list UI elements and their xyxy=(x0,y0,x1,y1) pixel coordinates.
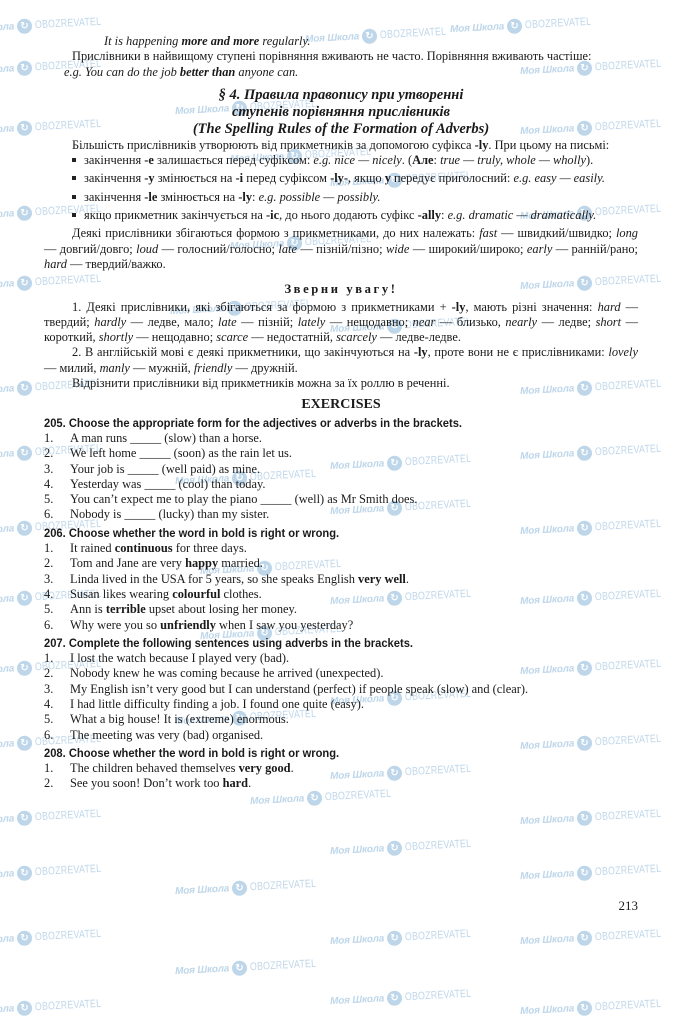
watermark: Моя Школа↻OBOZREVATEL xyxy=(330,986,489,1010)
line-number: 6. xyxy=(44,728,70,743)
arrow-circle-icon: ↻ xyxy=(387,931,403,947)
same-form-paragraph: Деякі прислівники збігаються формою з пр… xyxy=(44,226,638,272)
line-number: 2. xyxy=(44,666,70,681)
watermark: Моя Школа↻OBOZREVATEL xyxy=(330,926,489,950)
arrow-circle-icon: ↻ xyxy=(577,866,593,882)
line-number: 4. xyxy=(44,697,70,712)
spelling-rule-item: закінчення -le змінюється на -ly: e.g. p… xyxy=(72,190,638,205)
exercise-line: 4.Yesterday was _____ (cool) than today. xyxy=(44,477,638,492)
arrow-circle-icon: ↻ xyxy=(17,591,33,607)
line-text: I had little difficulty finding a job. I… xyxy=(70,697,364,712)
watermark: Моя Школа↻OBOZREVATEL xyxy=(0,861,118,885)
exercise-line: 2.Nobody knew he was coming because he a… xyxy=(44,666,638,681)
arrow-circle-icon: ↻ xyxy=(17,931,33,947)
line-number: 1. xyxy=(44,761,70,776)
line-number: 5. xyxy=(44,492,70,507)
line-text: You can’t expect me to play the piano __… xyxy=(70,492,417,507)
arrow-circle-icon: ↻ xyxy=(17,661,33,677)
exercise-line: 6.The meeting was very (bad) organised. xyxy=(44,728,638,743)
exercise-line: 1.The children behaved themselves very g… xyxy=(44,761,638,776)
arrow-circle-icon: ↻ xyxy=(507,19,523,35)
exercise-line: 5.What a big house! It is (extreme) enor… xyxy=(44,712,638,727)
line-text: Nobody is _____ (lucky) than my sister. xyxy=(70,507,269,522)
watermark: Моя Школа↻OBOZREVATEL xyxy=(520,806,679,830)
arrow-circle-icon: ↻ xyxy=(387,841,403,857)
line-text: Susan likes wearing colourful clothes. xyxy=(70,587,262,602)
exercise-line: 1.It rained continuous for three days. xyxy=(44,541,638,556)
line-number: 5. xyxy=(44,602,70,617)
arrow-circle-icon: ↻ xyxy=(577,811,593,827)
watermark: Моя Школа↻OBOZREVATEL xyxy=(330,836,489,860)
exercise-line: 3.Your job is _____ (well paid) as mine. xyxy=(44,462,638,477)
watermark: Моя Школа↻OBOZREVATEL xyxy=(175,876,334,900)
page-content: It is happening more and more regularly.… xyxy=(44,34,638,792)
arrow-circle-icon: ↻ xyxy=(17,381,33,397)
watermark: Моя Школа↻OBOZREVATEL xyxy=(520,861,679,885)
arrow-circle-icon: ↻ xyxy=(387,991,403,1007)
arrow-circle-icon: ↻ xyxy=(17,121,33,137)
line-text: The children behaved themselves very goo… xyxy=(70,761,294,776)
exercise-line: 4.I had little difficulty finding a job.… xyxy=(44,697,638,712)
exercise-heading: 205. Choose the appropriate form for the… xyxy=(44,416,596,431)
exercise-heading: 206. Choose whether the word in bold is … xyxy=(44,526,596,541)
arrow-circle-icon: ↻ xyxy=(17,19,33,35)
line-text: It rained continuous for three days. xyxy=(70,541,247,556)
exercise-line: 2.See you soon! Don’t work too hard. xyxy=(44,776,638,791)
notice-paragraph-2: 2. В англійській мові є деякі прикметник… xyxy=(44,345,638,376)
arrow-circle-icon: ↻ xyxy=(17,521,33,537)
line-number: 4. xyxy=(44,587,70,602)
notice-paragraph-3: Відрізнити прислівники від прикметників … xyxy=(44,376,638,391)
watermark: Моя Школа↻OBOZREVATEL xyxy=(0,806,118,830)
line-text: What a big house! It is (extreme) enormo… xyxy=(70,712,289,727)
exercise-line: 2.We left home _____ (soon) as the rain … xyxy=(44,446,638,461)
line-text: Your job is _____ (well paid) as mine. xyxy=(70,462,260,477)
line-number: 3. xyxy=(44,682,70,697)
arrow-circle-icon: ↻ xyxy=(17,1001,33,1017)
arrow-circle-icon: ↻ xyxy=(17,736,33,752)
exercise-block: 208. Choose whether the word in bold is … xyxy=(44,746,638,792)
exercise-lines: 1.I lost the watch because I played very… xyxy=(44,651,638,743)
spelling-rules-list: закінчення -e залишається перед суфіксом… xyxy=(44,153,638,223)
intro-example-2: e.g. You can do the job better than anyo… xyxy=(44,65,638,80)
spelling-rule-item: закінчення -y змінюється на -i перед суф… xyxy=(72,171,638,186)
arrow-circle-icon: ↻ xyxy=(232,881,248,897)
section-title: § 4. Правила правопису при утворенні сту… xyxy=(44,87,638,138)
exercise-line: 6.Nobody is _____ (lucky) than my sister… xyxy=(44,507,638,522)
exercises-title: EXERCISES xyxy=(44,397,638,412)
line-number: 2. xyxy=(44,776,70,791)
line-number: 2. xyxy=(44,446,70,461)
line-number: 2. xyxy=(44,556,70,571)
line-text: Yesterday was _____ (cool) than today. xyxy=(70,477,265,492)
textbook-page: Моя Школа↻OBOZREVATELМоя Школа↻OBOZREVAT… xyxy=(0,0,688,1024)
arrow-circle-icon: ↻ xyxy=(17,276,33,292)
line-text: Ann is terrible upset about losing her m… xyxy=(70,602,297,617)
watermark: Моя Школа↻OBOZREVATEL xyxy=(175,956,334,980)
line-number: 6. xyxy=(44,507,70,522)
spelling-rule-item: якщо прикметник закінчується на -ic, до … xyxy=(72,208,638,223)
exercise-line: 3.My English isn’t very good but I can u… xyxy=(44,682,638,697)
notice-paragraph-1: 1. Деякі прислівники, які збігаються за … xyxy=(44,300,638,346)
line-number: 1. xyxy=(44,431,70,446)
line-text: Why were you so unfriendly when I saw yo… xyxy=(70,618,353,633)
line-text: The meeting was very (bad) organised. xyxy=(70,728,263,743)
exercise-line: 2.Tom and Jane are very happy married. xyxy=(44,556,638,571)
line-text: Tom and Jane are very happy married. xyxy=(70,556,263,571)
arrow-circle-icon: ↻ xyxy=(17,446,33,462)
exercise-lines: 1.A man runs _____ (slow) than a horse.2… xyxy=(44,431,638,523)
exercise-block: 205. Choose the appropriate form for the… xyxy=(44,416,638,523)
line-number: 6. xyxy=(44,618,70,633)
arrow-circle-icon: ↻ xyxy=(17,61,33,77)
line-text: Nobody knew he was coming because he arr… xyxy=(70,666,383,681)
watermark: Моя Школа↻OBOZREVATEL xyxy=(0,996,118,1020)
arrow-circle-icon: ↻ xyxy=(17,866,33,882)
line-text: See you soon! Don’t work too hard. xyxy=(70,776,251,791)
page-number: 213 xyxy=(619,898,639,913)
exercise-lines: 1.It rained continuous for three days.2.… xyxy=(44,541,638,633)
watermark: Моя Школа↻OBOZREVATEL xyxy=(0,926,118,950)
exercise-heading: 207. Complete the following sentences us… xyxy=(44,636,596,651)
arrow-circle-icon: ↻ xyxy=(232,961,248,977)
exercise-line: 6.Why were you so unfriendly when I saw … xyxy=(44,618,638,633)
notice-title: Зверни увагу! xyxy=(44,282,638,297)
line-text: A man runs _____ (slow) than a horse. xyxy=(70,431,262,446)
line-number: 3. xyxy=(44,462,70,477)
spelling-rule-item: закінчення -e залишається перед суфіксом… xyxy=(72,153,638,168)
exercise-line: 1.A man runs _____ (slow) than a horse. xyxy=(44,431,638,446)
watermark: Моя Школа↻OBOZREVATEL xyxy=(520,926,679,950)
line-text: Linda lived in the USA for 5 years, so s… xyxy=(70,572,409,587)
exercise-lines: 1.The children behaved themselves very g… xyxy=(44,761,638,792)
intro-paragraph: Прислівники в найвищому ступені порівнян… xyxy=(44,49,638,64)
line-text: I lost the watch because I played very (… xyxy=(70,651,289,666)
exercise-line: 5.Ann is terrible upset about losing her… xyxy=(44,602,638,617)
line-number: 3. xyxy=(44,572,70,587)
exercise-heading: 208. Choose whether the word in bold is … xyxy=(44,746,596,761)
exercise-block: 206. Choose whether the word in bold is … xyxy=(44,526,638,633)
line-number: 5. xyxy=(44,712,70,727)
arrow-circle-icon: ↻ xyxy=(17,206,33,222)
exercise-line: 1.I lost the watch because I played very… xyxy=(44,651,638,666)
line-text: We left home _____ (soon) as the rain le… xyxy=(70,446,292,461)
exercises-list: 205. Choose the appropriate form for the… xyxy=(44,416,638,792)
arrow-circle-icon: ↻ xyxy=(307,791,323,807)
section-intro: Більшість прислівників утворюють від при… xyxy=(44,138,638,153)
line-text: My English isn’t very good but I can und… xyxy=(70,682,528,697)
intro-example-1: It is happening more and more regularly. xyxy=(44,34,638,49)
line-number: 1. xyxy=(44,651,70,666)
watermark: Моя Школа↻OBOZREVATEL xyxy=(520,996,679,1020)
exercise-block: 207. Complete the following sentences us… xyxy=(44,636,638,743)
exercise-line: 5.You can’t expect me to play the piano … xyxy=(44,492,638,507)
exercise-line: 3.Linda lived in the USA for 5 years, so… xyxy=(44,572,638,587)
line-number: 1. xyxy=(44,541,70,556)
line-number: 4. xyxy=(44,477,70,492)
arrow-circle-icon: ↻ xyxy=(17,811,33,827)
arrow-circle-icon: ↻ xyxy=(577,1001,593,1017)
exercise-line: 4.Susan likes wearing colourful clothes. xyxy=(44,587,638,602)
arrow-circle-icon: ↻ xyxy=(577,931,593,947)
